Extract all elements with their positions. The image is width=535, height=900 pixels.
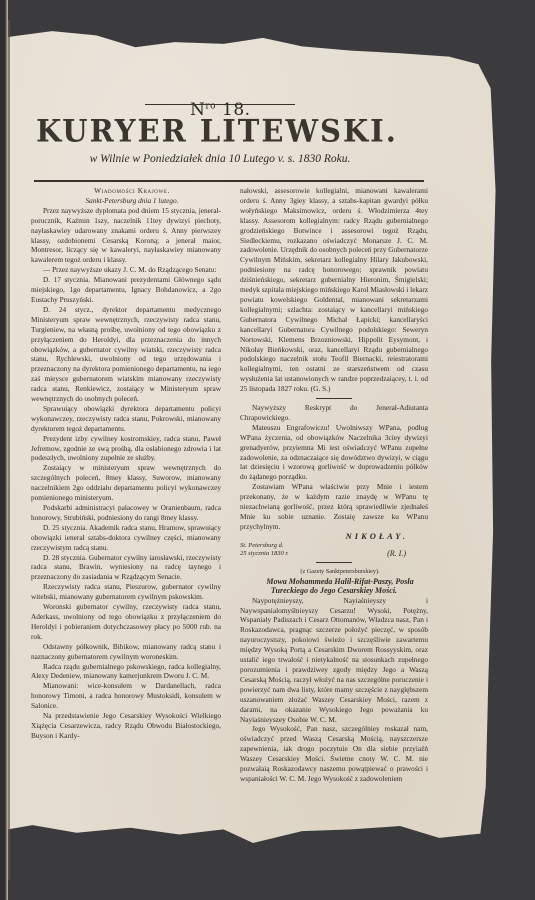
source-tag: (R. I.) [387,550,428,558]
signature: NIKOŁAY. [240,532,428,542]
article-paragraph: Rzeczywisty radca stanu, Pieszurow, gube… [31,582,221,602]
article-paragraph: Przez naywyższe dyplomata pod dniem 15 s… [31,206,221,265]
article-paragraph: Jego Wysokość, Pan nasz, szczególniey ro… [240,724,428,783]
article-paragraph: Mianowani: wice-konsulem w Dardanellach,… [31,681,221,711]
article-paragraph: Naypotężnieyszy, Nayiaśnieyszy i Naywspa… [240,596,428,725]
article-paragraph: Na przedstawienie Jego Cesarskiey Wysoko… [31,711,221,741]
article-paragraph: Prezydent izby cywilney kostromskiey, ra… [31,434,221,464]
article-separator [316,562,352,563]
article-paragraph: D. 28 stycznia. Gubernator cywilny iaros… [31,553,221,583]
dateline: w Wilnie w Poniedziałek dnia 10 Lutego v… [40,153,400,165]
article-paragraph: Mateuszu Engrafowiczu! Uwolniwszy WPana,… [240,423,428,482]
article-paragraph: — Przez naywyższe ukazy J. C. M. do Rząd… [31,265,221,275]
article-paragraph: Podskarbi administracyi pałacowey w Oran… [31,503,221,523]
signature-footer: St. Petersburg d. 25 stycznia 1830 r. (R… [240,542,428,558]
article-paragraph: Odstawny półkownik, Bibikow, mianowany r… [31,642,221,662]
page-fold-line [8,20,10,880]
left-column: Wiadomości Krajowe. Sankt-Petersburg dni… [31,186,221,741]
article-paragraph: Sprawuiący obowiązki dyrektora departame… [31,404,221,434]
article-paragraph: Woronski gubernator cywilny, rzeczywisty… [31,602,221,642]
article-paragraph: D. 25 stycznia. Akademik radca stanu, Hr… [31,523,221,553]
article-paragraph: Radca rządu gubernialnego pskowskiego, r… [31,662,221,682]
speech-title: Mowa Mohammeda Halil-Rifat-Paszy, Posła … [240,577,428,596]
rescript-title: Naywyższy Reskrypt do Jenerał-Adiutanta … [240,403,428,423]
place-date: Sankt-Petersburg dnia 1 lutego. [31,196,221,206]
article-paragraph: Zostaiący w ministeryum spraw wewnętrzny… [31,463,221,503]
signature-place: St. Petersburg d. [240,542,289,550]
source-note: (z Gazety Sanktpetersburskiey). [240,567,428,577]
title-rule [145,104,295,105]
newspaper-title: KURYER LITEWSKI. [27,113,407,149]
section-title: Wiadomości Krajowe. [31,186,221,196]
header-rule [34,180,424,182]
article-paragraph: D. 24 stycz., dyrektor departamentu medy… [31,305,221,404]
right-column: nałowski, assesorowie kollegialni, miano… [240,186,428,784]
article-separator [316,398,352,399]
issue-label-sup: ro [205,101,216,111]
scanner-background-edge [0,0,8,900]
signature-date: 25 stycznia 1830 r. [240,550,289,558]
article-paragraph: D. 17 stycznia. Mianowani prezydentami G… [31,275,221,305]
article-paragraph: nałowski, assesorowie kollegialni, miano… [240,186,428,394]
article-paragraph: Zostawiam WPana właściwie przy Mnie i ie… [240,482,428,532]
